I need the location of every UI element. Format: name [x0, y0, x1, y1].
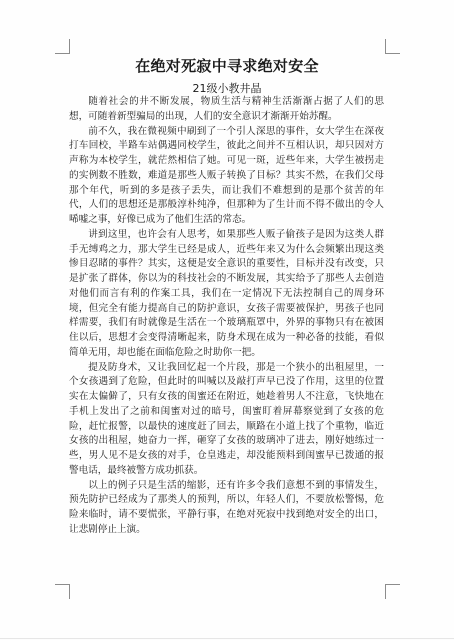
document-title: 在绝对死寂中寻求绝对安全: [0, 55, 454, 76]
paragraph: 提及防身术，又让我回忆起一个片段，那是一个狭小的出租屋里，一个女孩遇到了危险，但…: [69, 361, 384, 479]
document-body: 随着社会的井不断发展，物质生活与精神生活渐渐占据了人们的思想，可随着新型骗局的出…: [69, 95, 384, 538]
document-page: 在绝对死寂中寻求绝对安全 21级小教井晶 随着社会的井不断发展，物质生活与精神生…: [0, 0, 454, 639]
paragraph: 前不久，我在微视频中刷到了一个引人深思的事件，女大学生在深夜打车回校，半路车站偶…: [69, 125, 384, 228]
margin-corner-mark-top-left: [55, 39, 70, 54]
margin-corner-mark-bottom-left: [55, 584, 70, 599]
margin-corner-mark-bottom-right: [385, 584, 400, 599]
paragraph: 以上的例子只是生活的缩影，还有许多令我们意想不到的事情发生，预先防护已经成为了那…: [69, 479, 384, 538]
margin-corner-mark-top-right: [385, 39, 400, 54]
paragraph: 随着社会的井不断发展，物质生活与精神生活渐渐占据了人们的思想，可随着新型骗局的出…: [69, 95, 384, 125]
document-author: 21级小教井晶: [0, 80, 454, 96]
paragraph: 讲到这里，也许会有人思考，如果那些人贩子偷孩子是因为这类人群手无缚鸡之力，那大学…: [69, 228, 384, 361]
